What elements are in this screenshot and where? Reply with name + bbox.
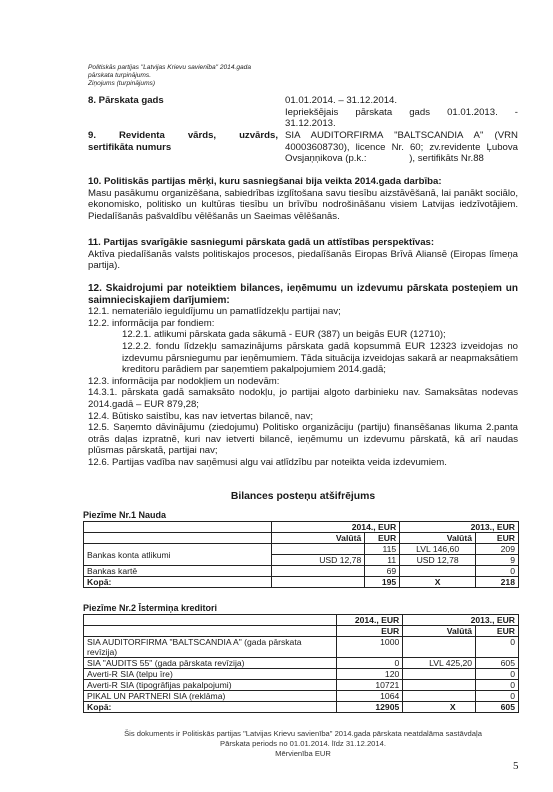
running-header: Politiskās partijas "Latvijas Krievu sav… xyxy=(88,64,251,88)
table-header-row: 2014., EUR 2013., EUR xyxy=(84,522,519,533)
note-2-title: Piezīme Nr.2 Īstermiņa kreditori xyxy=(83,603,217,613)
table-row: Averti-R SIA (telpu īre) 120 0 xyxy=(84,669,519,680)
cell: 11 xyxy=(365,555,400,566)
header-line-3: Ziņojums (turpinājums) xyxy=(88,80,251,88)
cell: 0 xyxy=(476,566,519,577)
row-label: PIKAL UN PARTNERI SIA (reklāma) xyxy=(84,691,337,702)
cell: 12905 xyxy=(337,702,403,713)
section-11-title: 11. Partijas svarīgākie sasniegumi pārsk… xyxy=(88,237,518,249)
footer-line-1: Šis dokuments ir Politiskās partijas "La… xyxy=(88,729,518,739)
table-subheader-row: Valūtā EUR Valūtā EUR xyxy=(84,533,519,544)
row-label: Averti-R SIA (tipogrāfijas pakalpojumi) xyxy=(84,680,337,691)
reporting-period: 01.01.2014. – 31.12.2014. xyxy=(285,95,518,107)
cell: 1064 xyxy=(337,691,403,702)
cell: 209 xyxy=(476,544,519,555)
section-9-label-line2: sertifikāta numurs xyxy=(88,142,278,154)
table-row: Averti-R SIA (tipogrāfijas pakalpojumi) … xyxy=(84,680,519,691)
page-footer: Šis dokuments ir Politiskās partijas "La… xyxy=(88,729,518,759)
section-10-title: 10. Politiskās partijas mērķi, kuru sasn… xyxy=(88,176,518,188)
cell xyxy=(403,637,476,658)
cell xyxy=(272,544,365,555)
table-header-row: 2014., EUR 2013., EUR xyxy=(84,615,519,626)
balance-breakdown-title: Bilances posteņu atšifrējums xyxy=(88,491,518,502)
cell: 9 xyxy=(476,555,519,566)
cell: 120 xyxy=(337,669,403,680)
header-currency-2014: Valūtā xyxy=(272,533,365,544)
auditor-line3: Ovsjaņņikova (p.k.: ), sertifikāts Nr.88 xyxy=(285,153,518,165)
cell: X xyxy=(403,702,476,713)
section-10: 10. Politiskās partijas mērķi, kuru sasn… xyxy=(88,176,518,222)
cell: 0 xyxy=(337,658,403,669)
section-12-2-2: 12.2.2. fondu līdzekļu samazinājums pārs… xyxy=(88,341,518,376)
section-12-3: 12.3. informācija par nodokļiem un nodev… xyxy=(88,376,518,388)
footer-line-3: Mērvienība EUR xyxy=(88,749,518,759)
header-eur-2014: EUR xyxy=(365,533,400,544)
row-label: Bankas kartē xyxy=(84,566,272,577)
section-8-value: 01.01.2014. – 31.12.2014. Iepriekšējais … xyxy=(285,95,518,130)
total-label: Kopā: xyxy=(84,702,337,713)
cell: 195 xyxy=(365,577,400,588)
cell: X xyxy=(400,577,476,588)
page-number: 5 xyxy=(513,760,519,772)
cell: 69 xyxy=(365,566,400,577)
auditor-line2: 40003608730), licence Nr. 60; zv.reviden… xyxy=(285,142,518,154)
cell: USD 12,78 xyxy=(272,555,365,566)
section-12-title: 12. Skaidrojumi par noteiktiem bilances,… xyxy=(88,283,518,306)
table-subheader-row: EUR Valūtā EUR xyxy=(84,626,519,637)
section-12-2-1: 12.2.1. atlikumi pārskata gada sākumā - … xyxy=(88,329,518,341)
section-9-label: 9. Revidenta vārds, uzvārds, sertifikāta… xyxy=(88,130,278,153)
cell: 605 xyxy=(476,658,519,669)
cell: 0 xyxy=(476,669,519,680)
header-line-2: pārskata turpinājums. xyxy=(88,72,251,80)
cell: USD 12,78 xyxy=(400,555,476,566)
note-2-table: 2014., EUR 2013., EUR EUR Valūtā EUR SIA… xyxy=(83,614,519,713)
header-2014: 2014., EUR xyxy=(272,522,400,533)
table-row: Bankas kartē 69 0 xyxy=(84,566,519,577)
section-12: 12. Skaidrojumi par noteiktiem bilances,… xyxy=(88,283,518,469)
section-10-text: Masu pasākumu organizēšana, sabiedrības … xyxy=(88,188,518,223)
cell: 0 xyxy=(476,637,519,658)
section-12-2: 12.2. informācija par fondiem: xyxy=(88,318,518,330)
header-2013: 2013., EUR xyxy=(403,615,519,626)
section-14-3-1: 14.3.1. pārskata gadā samaksāto nodokļu,… xyxy=(88,387,518,410)
section-11: 11. Partijas svarīgākie sasniegumi pārsk… xyxy=(88,237,518,272)
cell: 218 xyxy=(476,577,519,588)
row-label-line1: SIA AUDITORFIRMA "BALTSCANDIA A" (gada p… xyxy=(87,637,333,647)
section-9-value: SIA AUDITORFIRMA "BALTSCANDIA A" (VRN 40… xyxy=(285,130,518,165)
footer-line-2: Pārskata periods no 01.01.2014. līdz 31.… xyxy=(88,739,518,749)
note-1-title: Piezīme Nr.1 Nauda xyxy=(83,510,166,520)
cell: LVL 425,20 xyxy=(403,658,476,669)
row-label: SIA "AUDITS 55" (gada pārskata revīzija) xyxy=(84,658,337,669)
cell: 115 xyxy=(365,544,400,555)
table-total-row: Kopā: 12905 X 605 xyxy=(84,702,519,713)
section-8-label: 8. Pārskata gads xyxy=(88,95,164,107)
header-2013: 2013., EUR xyxy=(400,522,519,533)
cell xyxy=(272,566,365,577)
section-9-label-line1: 9. Revidenta vārds, uzvārds, xyxy=(88,130,278,142)
cell: 1000 xyxy=(337,637,403,658)
note-1-table: 2014., EUR 2013., EUR Valūtā EUR Valūtā … xyxy=(83,521,519,588)
header-line-1: Politiskās partijas "Latvijas Krievu sav… xyxy=(88,64,251,72)
cell xyxy=(400,566,476,577)
header-currency-2013: Valūtā xyxy=(400,533,476,544)
cell: LVL 146,60 xyxy=(400,544,476,555)
row-label: Averti-R SIA (telpu īre) xyxy=(84,669,337,680)
previous-period-end: 31.12.2013. xyxy=(285,118,518,130)
header-2014: 2014., EUR xyxy=(337,615,403,626)
table-row: Bankas konta atlikumi 115 LVL 146,60 209 xyxy=(84,544,519,555)
row-label: Bankas konta atlikumi xyxy=(84,544,272,566)
table-total-row: Kopā: 195 X 218 xyxy=(84,577,519,588)
cell xyxy=(403,680,476,691)
header-eur-2014: EUR xyxy=(337,626,403,637)
row-label: SIA AUDITORFIRMA "BALTSCANDIA A" (gada p… xyxy=(84,637,337,658)
section-12-4: 12.4. Būtisko saistību, kas nav ietverta… xyxy=(88,411,518,423)
header-currency-2013: Valūtā xyxy=(403,626,476,637)
cell: 0 xyxy=(476,691,519,702)
total-label: Kopā: xyxy=(84,577,272,588)
header-eur-2013: EUR xyxy=(476,533,519,544)
cell: 0 xyxy=(476,680,519,691)
section-12-6: 12.6. Partijas vadība nav saņēmusi algu … xyxy=(88,457,518,469)
section-12-5: 12.5. Saņemto dāvinājumu (ziedojumu) Pol… xyxy=(88,422,518,457)
cell xyxy=(403,691,476,702)
cell xyxy=(272,577,365,588)
section-11-text: Aktīva piedalīšanās valsts politiskajos … xyxy=(88,249,518,272)
auditor-line1: SIA AUDITORFIRMA "BALTSCANDIA A" (VRN xyxy=(285,130,518,142)
previous-period: Iepriekšējais pārskata gads 01.01.2013. … xyxy=(285,107,518,119)
table-row: SIA "AUDITS 55" (gada pārskata revīzija)… xyxy=(84,658,519,669)
section-12-1: 12.1. nemateriālo ieguldījumu un pamatlī… xyxy=(88,306,518,318)
row-label-line2: revīzija) xyxy=(87,647,333,657)
cell: 10721 xyxy=(337,680,403,691)
cell: 605 xyxy=(476,702,519,713)
table-row: PIKAL UN PARTNERI SIA (reklāma) 1064 0 xyxy=(84,691,519,702)
cell xyxy=(403,669,476,680)
header-eur-2013: EUR xyxy=(476,626,519,637)
table-row: SIA AUDITORFIRMA "BALTSCANDIA A" (gada p… xyxy=(84,637,519,658)
